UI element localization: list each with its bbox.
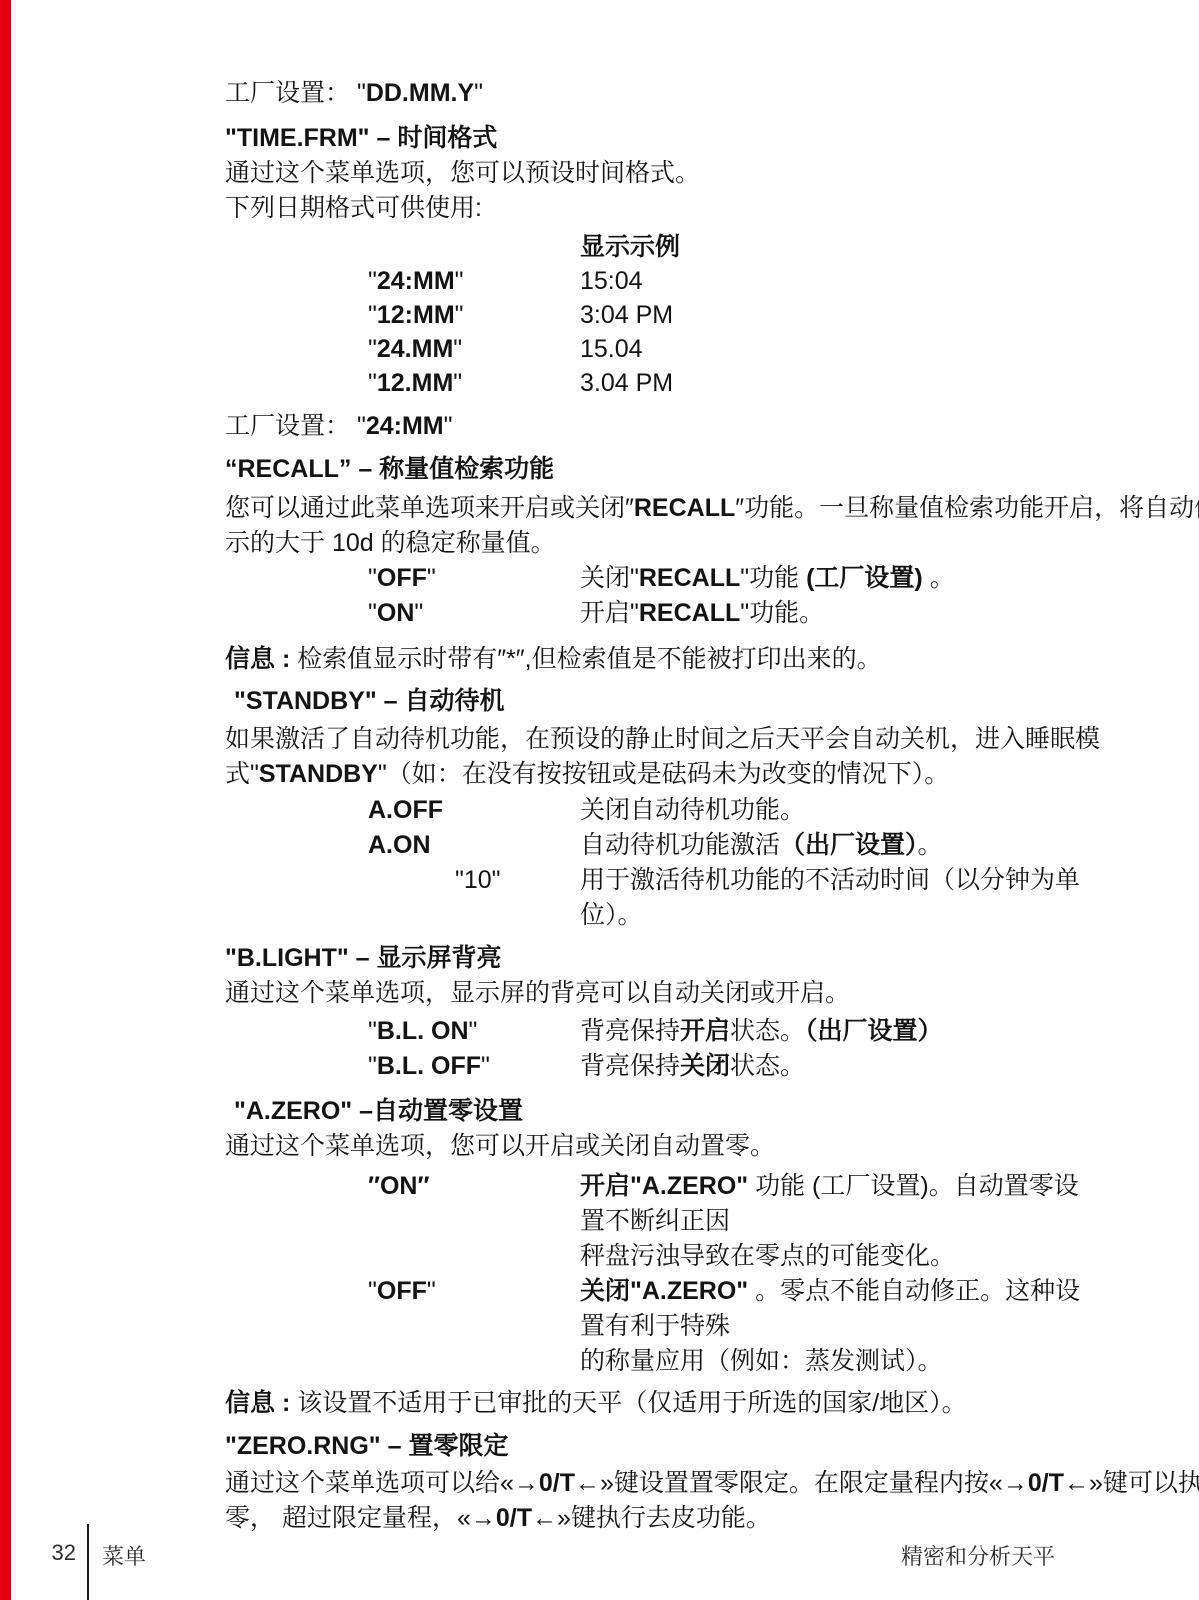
heading-standby: "STANDBY" – 自动待机 <box>234 684 1087 719</box>
footer-divider-line <box>87 1524 89 1600</box>
format-example: 15:04 <box>580 264 1087 298</box>
format-code: "12.MM" <box>368 366 580 400</box>
factory-setting-time: 工厂设置： "24:MM" <box>225 409 1087 444</box>
info-note-recall: 信息 : 检索值显示时带有″*″,但检索值是不能被打印出来的。 <box>225 642 1087 677</box>
page-content: 工厂设置： "DD.MM.Y" "TIME.FRM" – 时间格式 通过这个菜单… <box>225 0 1087 1536</box>
option-row-bl-off: "B.L. OFF" 背亮保持关闭状态。 <box>225 1049 1087 1084</box>
format-example: 3.04 PM <box>580 366 1087 400</box>
option-row-standby-10: "10" 用于激活待机功能的不活动时间（以分钟为单位）。 <box>225 863 1087 933</box>
table-row-12mm-dot: "12.MM" 3.04 PM <box>225 366 1087 400</box>
option-label: "B.L. ON" <box>368 1014 580 1049</box>
option-desc: 关闭自动待机功能。 <box>580 793 1087 828</box>
heading-blight: "B.LIGHT" – 显示屏背亮 <box>225 941 1087 976</box>
heading-zerorng: "ZERO.RNG" – 置零限定 <box>225 1429 1087 1464</box>
para-standby-1: 如果激活了自动待机功能，在预设的静止时间之后天平会自动关机，进入睡眠模 <box>225 722 1087 757</box>
option-row-recall-on: "ON" 开启"RECALL"功能。 <box>225 596 1087 631</box>
option-row-bl-on: "B.L. ON" 背亮保持开启状态。（出厂设置） <box>225 1014 1087 1049</box>
option-row-recall-off: "OFF" 关闭"RECALL"功能 (工厂设置) 。 <box>225 561 1087 596</box>
option-label: "OFF" <box>368 561 580 596</box>
format-code: "24.MM" <box>368 332 580 366</box>
table-row-24mm-colon: "24:MM" 15:04 <box>225 264 1087 298</box>
table-row-12mm-colon: "12:MM" 3:04 PM <box>225 298 1087 332</box>
format-code: "24:MM" <box>368 264 580 298</box>
option-desc: 开启"RECALL"功能。 <box>580 596 1087 631</box>
option-desc: 自动待机功能激活（出厂设置）。 <box>580 828 1087 863</box>
option-desc: 背亮保持开启状态。（出厂设置） <box>580 1014 1087 1049</box>
option-desc-line: 开启"A.ZERO" 功能 (工厂设置)。自动置零设置不断纠正因 <box>580 1169 1087 1239</box>
factory-setting-date: 工厂设置： "DD.MM.Y" <box>225 76 1087 111</box>
table-header-display-example: 显示示例 <box>580 230 1087 264</box>
option-desc-line: 秤盘污浊导致在零点的可能变化。 <box>580 1239 1087 1274</box>
heading-time-frm: "TIME.FRM" – 时间格式 <box>225 121 1087 156</box>
option-desc: 关闭"RECALL"功能 (工厂设置) 。 <box>580 561 1087 596</box>
footer-page-number: 32 <box>44 1540 76 1566</box>
page-footer: 32 菜单 精密和分析天平 <box>0 1518 1199 1600</box>
footer-document-title: 精密和分析天平 <box>901 1540 1055 1571</box>
option-desc-line: 关闭"A.ZERO" 。零点不能自动修正。这种设置有利于特殊 <box>580 1274 1087 1344</box>
option-desc: 背亮保持关闭状态。 <box>580 1049 1087 1084</box>
info-note-azero: 信息 : 该设置不适用于已审批的天平（仅适用于所选的国家/地区）。 <box>225 1386 1087 1421</box>
format-example: 15.04 <box>580 332 1087 366</box>
option-desc: 开启"A.ZERO" 功能 (工厂设置)。自动置零设置不断纠正因 秤盘污浊导致在… <box>580 1169 1087 1274</box>
para-zerorng-1: 通过这个菜单选项可以给«→0/T←»键设置置零限定。在限定量程内按«→0/T←»… <box>225 1466 1087 1501</box>
option-label: ″ON″ <box>368 1169 580 1204</box>
option-row-a-off: A.OFF 关闭自动待机功能。 <box>225 793 1087 828</box>
para-standby-2: 式"STANDBY"（如：在没有按按钮或是砝码未为改变的情况下）。 <box>225 757 1087 792</box>
para-azero-1: 通过这个菜单选项，您可以开启或关闭自动置零。 <box>225 1129 1087 1164</box>
para-time-frm-2: 下列日期格式可供使用: <box>225 191 1087 226</box>
page-edge-accent-bar <box>0 0 11 1600</box>
option-desc: 关闭"A.ZERO" 。零点不能自动修正。这种设置有利于特殊 的称量应用（例如：… <box>580 1274 1087 1379</box>
para-time-frm-1: 通过这个菜单选项，您可以预设时间格式。 <box>225 156 1087 191</box>
option-row-a-on: A.ON 自动待机功能激活（出厂设置）。 <box>225 828 1087 863</box>
heading-azero: "A.ZERO" –自动置零设置 <box>234 1094 1087 1129</box>
para-recall-2: 示的大于 10d 的稳定称量值。 <box>225 526 1087 561</box>
para-recall-1: 您可以通过此菜单选项来开启或关闭″RECALL″功能。一旦称量值检索功能开启，将… <box>225 491 1087 526</box>
option-label: "ON" <box>368 596 580 631</box>
heading-recall: “RECALL” – 称量值检索功能 <box>225 452 1087 487</box>
option-row-azero-on: ″ON″ 开启"A.ZERO" 功能 (工厂设置)。自动置零设置不断纠正因 秤盘… <box>225 1169 1087 1274</box>
option-label: "OFF" <box>368 1274 580 1309</box>
table-header-row: 显示示例 <box>225 230 1087 264</box>
option-label: "B.L. OFF" <box>368 1049 580 1084</box>
table-row-24mm-dot: "24.MM" 15.04 <box>225 332 1087 366</box>
format-example: 3:04 PM <box>580 298 1087 332</box>
option-desc: 用于激活待机功能的不活动时间（以分钟为单位）。 <box>580 863 1087 933</box>
option-desc-line: 的称量应用（例如：蒸发测试）。 <box>580 1344 1087 1379</box>
para-blight-1: 通过这个菜单选项，显示屏的背亮可以自动关闭或开启。 <box>225 976 1087 1011</box>
option-label: "10" <box>455 863 580 898</box>
manual-page: 工厂设置： "DD.MM.Y" "TIME.FRM" – 时间格式 通过这个菜单… <box>0 0 1199 1600</box>
option-row-azero-off: "OFF" 关闭"A.ZERO" 。零点不能自动修正。这种设置有利于特殊 的称量… <box>225 1274 1087 1379</box>
option-label: A.ON <box>368 828 580 863</box>
format-code: "12:MM" <box>368 298 580 332</box>
footer-chapter-title: 菜单 <box>102 1540 146 1571</box>
option-label: A.OFF <box>368 793 580 828</box>
